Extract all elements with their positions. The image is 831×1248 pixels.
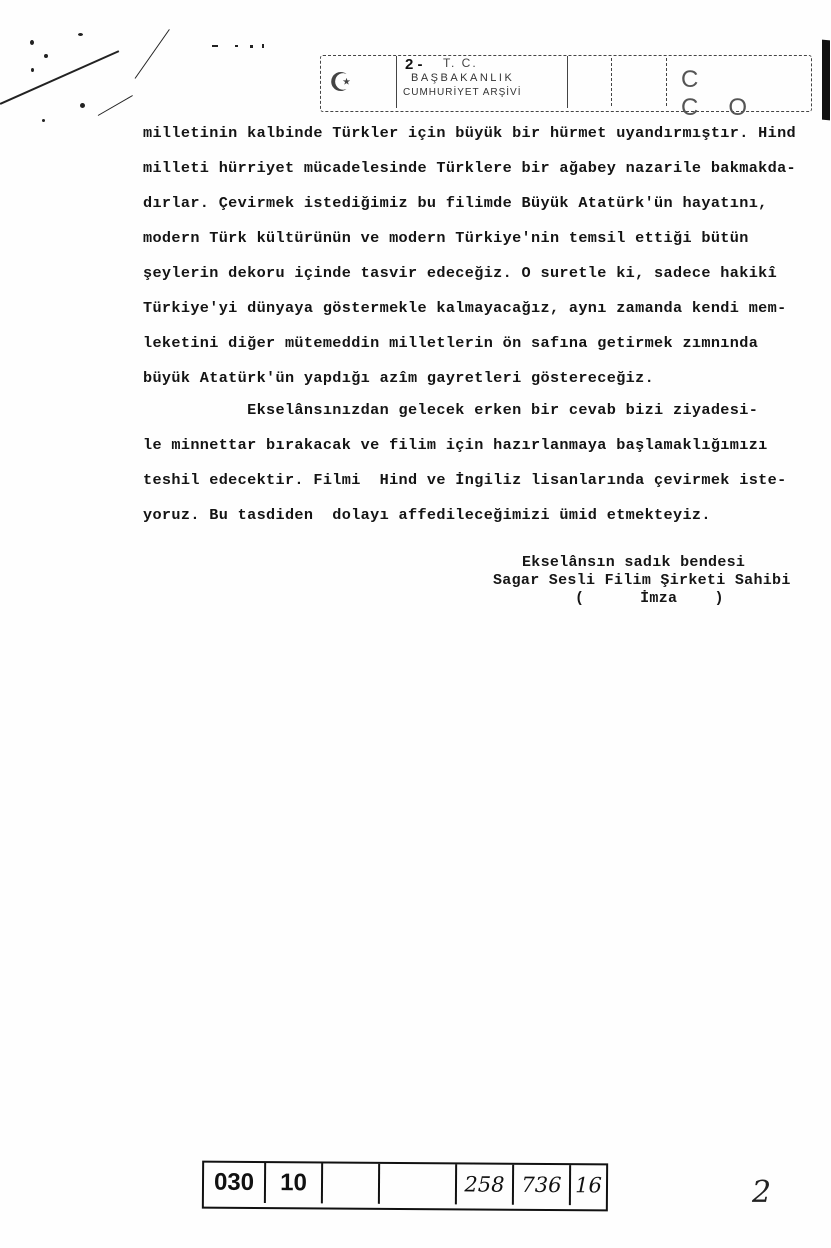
body-line: Türkiye'yi dünyaya göstermekle kalmayaca… xyxy=(143,299,787,317)
body-line: milleti hürriyet mücadelesinde Türklere … xyxy=(143,159,796,177)
scan-edge-mark xyxy=(822,40,830,121)
speck xyxy=(42,119,45,122)
speck xyxy=(80,103,85,108)
body-line: le minnettar bırakacak ve filim için haz… xyxy=(143,436,768,454)
ref-box-file-no: 736 xyxy=(514,1165,571,1205)
signature-name: Sagar Sesli Filim Şirketi Sahibi xyxy=(493,572,791,589)
speck xyxy=(30,40,34,45)
speck xyxy=(31,68,34,72)
ref-box-empty xyxy=(380,1164,457,1205)
ref-box-fond: 030 xyxy=(204,1163,266,1203)
body-line: yoruz. Bu tasdiden dolayı affedileceğimi… xyxy=(143,506,711,524)
speck xyxy=(78,33,83,36)
handwritten-page-mark: 2 xyxy=(752,1175,771,1210)
speck xyxy=(250,45,253,48)
body-line: Ekselânsınızdan gelecek erken bir cevab … xyxy=(143,401,758,419)
margin-scratch xyxy=(135,29,170,79)
margin-scratch xyxy=(98,95,133,116)
body-line: leketini diğer mütemeddin milletlerin ön… xyxy=(143,334,758,352)
body-line: milletinin kalbinde Türkler için büyük b… xyxy=(143,124,796,142)
ref-box-item-no: 16 xyxy=(571,1165,606,1205)
body-line: teshil edecektir. Filmi Hind ve İngiliz … xyxy=(143,471,787,489)
margin-scratch xyxy=(0,50,119,104)
stamp-divider xyxy=(666,58,667,106)
archive-reference-boxes: 030 10 258 736 16 xyxy=(202,1161,608,1212)
crescent-star-icon: ☪ xyxy=(329,68,359,98)
page-number: 2 - xyxy=(405,56,423,73)
body-line: dırlar. Çevirmek istediğimiz bu filimde … xyxy=(143,194,768,212)
stamp-header: T. C. xyxy=(443,56,478,70)
signature-closing: Ekselânsın sadık bendesi xyxy=(522,554,745,571)
stamp-archive-name: CUMHURİYET ARŞİVİ xyxy=(403,87,522,98)
stamp-code: C CO xyxy=(681,66,811,122)
stamp-divider xyxy=(611,58,612,106)
speck xyxy=(262,44,264,48)
stamp-center-block: 2 - T. C. BAŞBAKANLIK CUMHURİYET ARŞİVİ xyxy=(396,56,568,108)
ref-box-series: 10 xyxy=(266,1163,323,1203)
speck xyxy=(44,54,48,58)
ref-box-box-no: 258 xyxy=(457,1164,514,1204)
speck xyxy=(235,45,238,47)
body-line: büyük Atatürk'ün yapdığı azîm gayretleri… xyxy=(143,369,654,387)
archive-stamp: ☪ 2 - T. C. BAŞBAKANLIK CUMHURİYET ARŞİV… xyxy=(320,55,812,112)
stamp-institution: BAŞBAKANLIK xyxy=(411,72,514,84)
signature-mark: ( İmza ) xyxy=(575,590,724,607)
speck xyxy=(212,45,218,47)
document-page: ☪ 2 - T. C. BAŞBAKANLIK CUMHURİYET ARŞİV… xyxy=(0,0,831,1248)
body-line: modern Türk kültürünün ve modern Türkiye… xyxy=(143,229,749,247)
body-line: şeylerin dekoru içinde tasvir edeceğiz. … xyxy=(143,264,777,282)
ref-box-empty xyxy=(323,1163,380,1203)
